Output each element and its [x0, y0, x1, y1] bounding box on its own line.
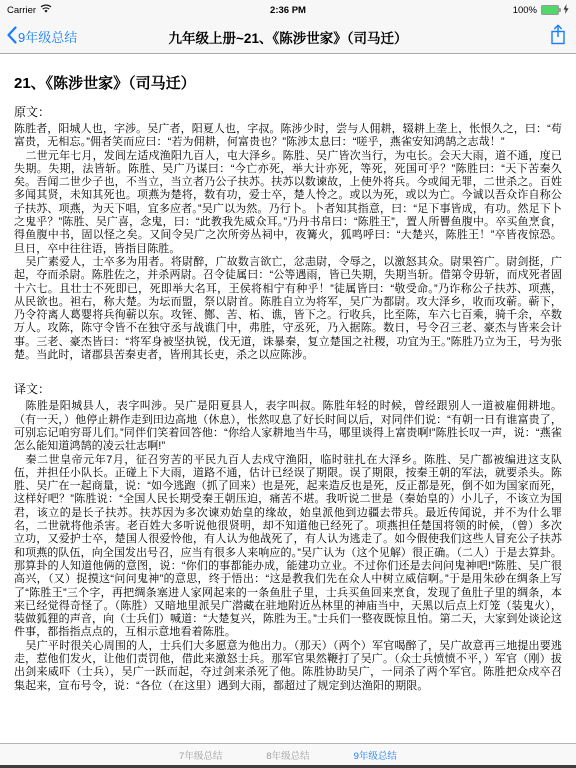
back-button-label: 9年级总结 — [18, 27, 77, 46]
status-bar: Carrier 2:36 PM 100% — [0, 0, 576, 20]
share-icon — [550, 24, 566, 50]
tab-grade7-summary[interactable]: 7年级总结 — [179, 748, 222, 762]
translation-text-block: 陈胜是阳城县人，表字叫涉。吴广是阳夏县人，表字叫叔。陈胜年轻的时候，曾经跟别人一… — [14, 400, 562, 693]
carrier-label: Carrier — [7, 5, 36, 16]
translation-label: 译文： — [14, 380, 562, 397]
charging-bolt-icon — [563, 4, 569, 17]
original-paragraph: 陈胜者，阳城人也，字涉。吴广者，阳夏人也，字叔。陈涉少时，尝与人佣耕，辍耕上垄上… — [14, 123, 562, 150]
chevron-left-icon — [6, 26, 17, 47]
tab-grade9-summary[interactable]: 9年级总结 — [354, 748, 397, 762]
page-title: 21、《陈涉世家》（司马迁） — [14, 72, 562, 93]
original-paragraph: 二世元年七月，发闾左适戍渔阳九百人，屯大泽乡。陈胜、吴广皆次当行，为屯长。会天大… — [14, 150, 562, 256]
navigation-bar: 9年级总结 九年级上册~21、《陈涉世家》（司马迁） — [0, 20, 576, 54]
tab-grade8-summary[interactable]: 8年级总结 — [266, 748, 309, 762]
bottom-tab-bar: 7年级总结 8年级总结 9年级总结 — [0, 743, 576, 765]
original-paragraph: 吴广素爱人，士卒多为用者。将尉醉，广故数言欲亡，忿恚尉，令辱之，以激怒其众。尉果… — [14, 256, 562, 362]
translation-paragraph: 吴广平时很关心周围的人，士兵们大多愿意为他出力。（那天）（两个）军官喝醉了，吴广… — [14, 640, 562, 693]
translation-paragraph: 陈胜是阳城县人，表字叫涉。吴广是阳夏县人，表字叫叔。陈胜年轻的时候，曾经跟别人一… — [14, 400, 562, 453]
original-text-label: 原文： — [14, 103, 562, 120]
original-text-block: 陈胜者，阳城人也，字涉。吴广者，阳夏人也，字叔。陈涉少时，尝与人佣耕，辍耕上垄上… — [14, 123, 562, 362]
battery-percent-label: 100% — [513, 5, 537, 16]
document-scroll-area[interactable]: 21、《陈涉世家》（司马迁） 原文： 陈胜者，阳城人也，字涉。吴广者，阳夏人也，… — [0, 54, 576, 743]
wifi-icon — [40, 4, 52, 17]
translation-paragraph: 秦二世皇帝元年7月，征召穷苦的平民九百人去戍守渔阳，临时驻扎在大泽乡。陈胜、吴广… — [14, 454, 562, 640]
battery-icon — [541, 5, 559, 15]
nav-title: 九年级上册~21、《陈涉世家》（司马迁） — [169, 27, 408, 47]
app-window: Carrier 2:36 PM 100% 9年级总结 — [0, 0, 576, 768]
share-button[interactable] — [550, 20, 566, 53]
clock: 2:36 PM — [270, 5, 306, 16]
back-button[interactable]: 9年级总结 — [6, 20, 77, 53]
